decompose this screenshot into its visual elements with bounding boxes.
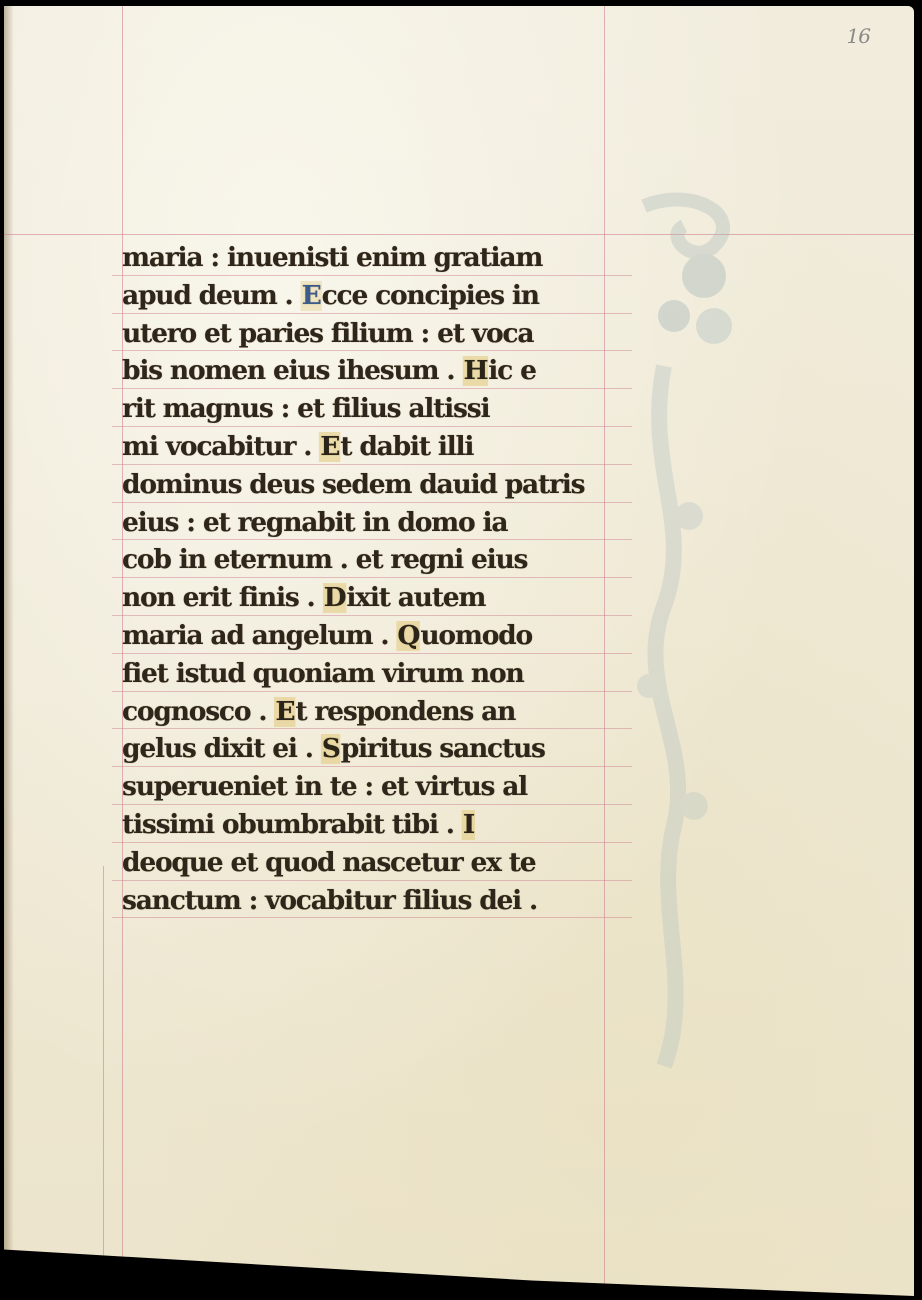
text-line: cob in eternum . et regni eius <box>122 542 622 580</box>
decorated-initial: Q <box>396 621 420 651</box>
text-line: maria ad angelum . Quomodo <box>122 618 622 656</box>
ruling-top <box>4 234 914 235</box>
text-block: maria : inuenisti enim gratiam apud deum… <box>122 240 622 920</box>
ghost-ornament-icon <box>604 186 754 1086</box>
text-line: rit magnus : et filius altissi <box>122 391 622 429</box>
decorated-initial: S <box>321 734 341 764</box>
text-line: fiet istud quoniam virum non <box>122 656 622 694</box>
text-line: cognosco . Et respondens an <box>122 694 622 732</box>
text-line: superueniet in te : et virtus al <box>122 769 622 807</box>
text-line: eius : et regnabit in domo ia <box>122 505 622 543</box>
text-line: deoque et quod nascetur ex te <box>122 845 622 883</box>
text-line: non erit finis . Dixit autem <box>122 580 622 618</box>
text-line: mi vocabitur . Et dabit illi <box>122 429 622 467</box>
decorated-initial: E <box>274 697 295 727</box>
text-line: dominus deus sedem dauid patris <box>122 467 622 505</box>
decorated-initial: H <box>462 356 488 386</box>
ruling-left-inner <box>103 866 104 1296</box>
text-line: maria : inuenisti enim gratiam <box>122 240 622 278</box>
text-line: gelus dixit ei . Spiritus sanctus <box>122 731 622 769</box>
text-line: apud deum . Ecce concipies in <box>122 278 622 316</box>
text-line: bis nomen eius ihesum . Hic e <box>122 353 622 391</box>
manuscript-page: 16 maria : inuenisti enim gratiam apud d… <box>4 6 914 1296</box>
decorated-initial: D <box>323 583 347 613</box>
folio-number: 16 <box>847 24 870 48</box>
text-line: sanctum : vocabitur filius dei . <box>122 883 622 921</box>
text-line: utero et paries filium : et voca <box>122 316 622 354</box>
text-line: tissimi obumbrabit tibi . I <box>122 807 622 845</box>
decorated-initial: I <box>462 810 475 840</box>
decorated-initial: E <box>301 281 322 311</box>
binding-shadow <box>4 6 14 1296</box>
decorated-initial: E <box>319 432 340 462</box>
